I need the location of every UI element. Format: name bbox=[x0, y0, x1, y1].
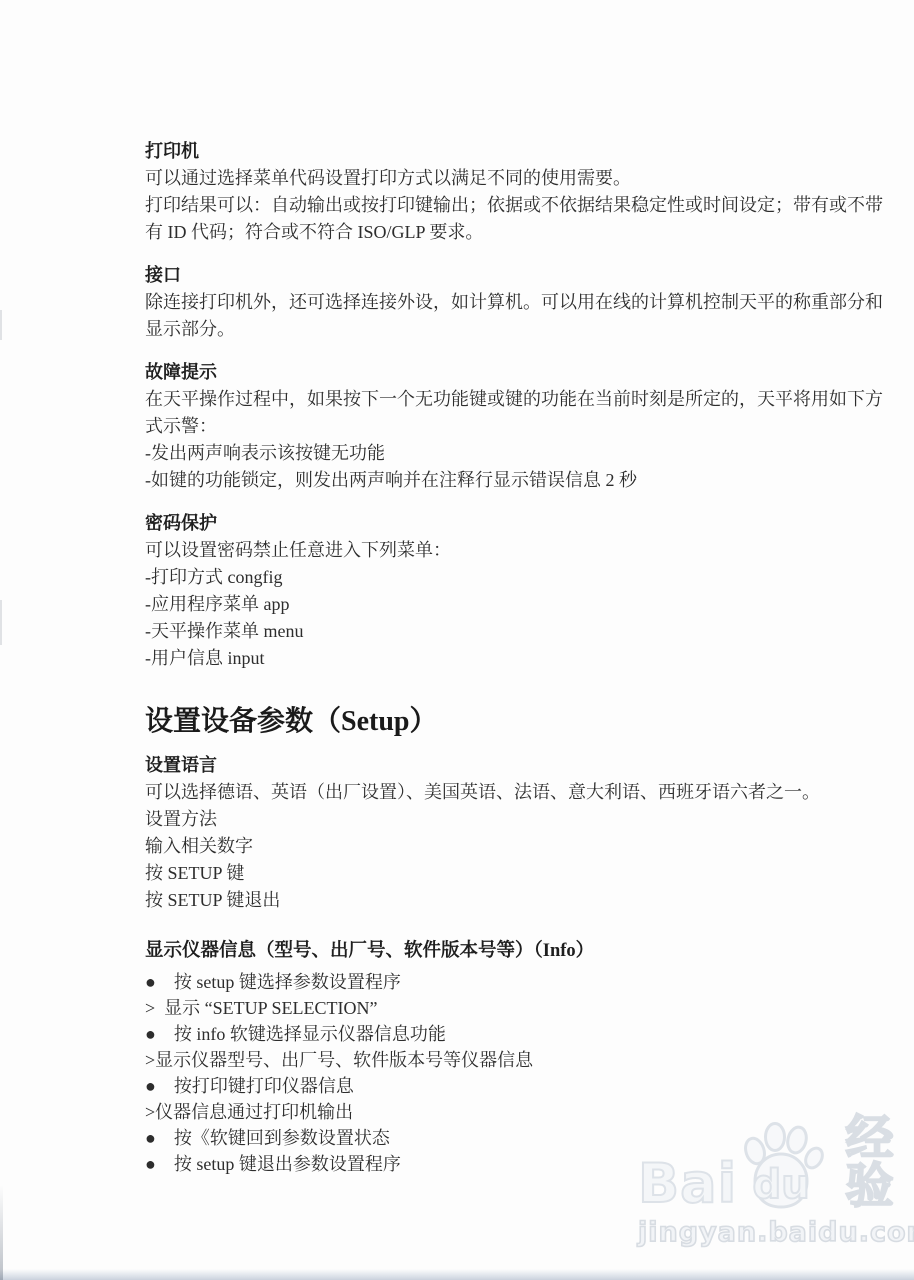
paragraph: 设置方法 bbox=[145, 806, 890, 833]
scan-artifact-bottom-edge bbox=[0, 1269, 914, 1280]
list-item: ● 按 info 软键选择显示仪器信息功能 bbox=[145, 1021, 890, 1047]
section-language: 设置语言 可以选择德语、英语（出厂设置）、美国英语、法语、意大利语、西班牙语六者… bbox=[145, 752, 890, 914]
paragraph: 在天平操作过程中，如果按下一个无功能键或键的功能在当前时刻是所定的，天平将用如下… bbox=[145, 386, 890, 440]
section-password-protect: 密码保护 可以设置密码禁止任意进入下列菜单： -打印方式 congfig -应用… bbox=[145, 510, 890, 672]
section-heading: 打印机 bbox=[145, 138, 890, 165]
paragraph: 可以选择德语、英语（出厂设置）、美国英语、法语、意大利语、西班牙语六者之一。 bbox=[145, 779, 890, 806]
list-item: -应用程序菜单 app bbox=[145, 591, 890, 618]
list-item: -如键的功能锁定，则发出两声响并在注释行显示错误信息 2 秒 bbox=[145, 467, 890, 494]
list-item: ● 按 setup 键退出参数设置程序 bbox=[145, 1151, 890, 1177]
section-printer: 打印机 可以通过选择菜单代码设置打印方式以满足不同的使用需要。 打印结果可以：自… bbox=[145, 138, 890, 246]
section-heading: 故障提示 bbox=[145, 359, 890, 386]
paragraph: 除连接打印机外，还可选择连接外设，如计算机。可以用在线的计算机控制天平的称重部分… bbox=[145, 289, 890, 343]
section-heading: 接口 bbox=[145, 262, 890, 289]
paragraph: 可以设置密码禁止任意进入下列菜单： bbox=[145, 537, 890, 564]
paragraph: 按 SETUP 键退出 bbox=[145, 887, 890, 914]
section-heading: 设置语言 bbox=[145, 752, 890, 779]
list-item: -打印方式 congfig bbox=[145, 564, 890, 591]
list-item: ● 按 setup 键选择参数设置程序 bbox=[145, 969, 890, 995]
scan-artifact-speck bbox=[0, 310, 2, 340]
page-title-setup: 设置设备参数（Setup） bbox=[145, 702, 890, 742]
paragraph: 可以通过选择菜单代码设置打印方式以满足不同的使用需要。 bbox=[145, 165, 890, 192]
document-content: 打印机 可以通过选择菜单代码设置打印方式以满足不同的使用需要。 打印结果可以：自… bbox=[145, 138, 890, 1177]
paragraph: 打印结果可以：自动输出或按打印键输出；依据或不依据结果稳定性或时间设定；带有或不… bbox=[145, 192, 890, 246]
list-item: >仪器信息通过打印机输出 bbox=[145, 1099, 890, 1125]
section-heading: 显示仪器信息（型号、出厂号、软件版本号等）（Info） bbox=[145, 938, 890, 965]
section-instrument-info: 显示仪器信息（型号、出厂号、软件版本号等）（Info） ● 按 setup 键选… bbox=[145, 938, 890, 1177]
paragraph: 输入相关数字 bbox=[145, 833, 890, 860]
list-item: -天平操作菜单 menu bbox=[145, 618, 890, 645]
watermark-url: jingyan.baidu.com bbox=[638, 1219, 910, 1246]
scan-artifact-left-edge bbox=[0, 1185, 3, 1280]
list-item: > 显示 “SETUP SELECTION” bbox=[145, 995, 890, 1021]
list-item: ● 按《软键回到参数设置状态 bbox=[145, 1125, 890, 1151]
paragraph: 按 SETUP 键 bbox=[145, 860, 890, 887]
list-item: -发出两声响表示该按键无功能 bbox=[145, 440, 890, 467]
list-item: -用户信息 input bbox=[145, 645, 890, 672]
section-heading: 密码保护 bbox=[145, 510, 890, 537]
list-item: >显示仪器型号、出厂号、软件版本号等仪器信息 bbox=[145, 1047, 890, 1073]
section-fault-prompt: 故障提示 在天平操作过程中，如果按下一个无功能键或键的功能在当前时刻是所定的，天… bbox=[145, 359, 890, 494]
scan-artifact-speck bbox=[0, 600, 2, 645]
scanned-manual-page: 打印机 可以通过选择菜单代码设置打印方式以满足不同的使用需要。 打印结果可以：自… bbox=[0, 0, 914, 1280]
list-item: ● 按打印键打印仪器信息 bbox=[145, 1073, 890, 1099]
section-interface: 接口 除连接打印机外，还可选择连接外设，如计算机。可以用在线的计算机控制天平的称… bbox=[145, 262, 890, 343]
